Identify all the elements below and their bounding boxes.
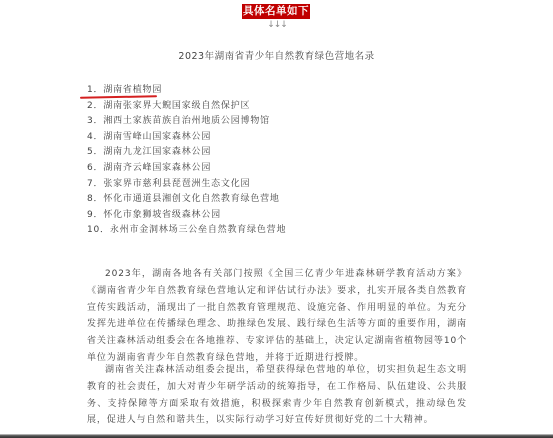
body-paragraph: 2023年，湖南各地各有关部门按照《全国三亿青少年进森林研学教育活动方案》《湖南…: [87, 266, 467, 367]
list-item: 9．怀化市象狮坡省级森林公园: [87, 208, 286, 224]
list-item: 2．湖南张家界大鲵国家级自然保护区: [87, 99, 286, 115]
down-arrows-icon: ↓↓↓: [262, 19, 292, 31]
list-item: 5．湖南九龙江国家森林公园: [87, 145, 286, 161]
body-paragraph: 湖南省关注森林活动组委会提出，希望获得绿色营地的单位，切实担负起生态文明教育的社…: [87, 362, 467, 429]
camp-list: 1．湖南省植物园 2．湖南张家界大鲵国家级自然保护区 3．湘西土家族苗族自治州地…: [87, 83, 286, 239]
document-page: 具体名单如下 ↓↓↓ 2023年湖南省青少年自然教育绿色营地名录 1．湖南省植物…: [0, 0, 553, 438]
list-item: 6．湖南齐云峰国家森林公园: [87, 161, 286, 177]
list-item: 4．湖南雪峰山国家森林公园: [87, 130, 286, 146]
bottom-edge-bar: [0, 434, 553, 438]
list-heading-banner: 具体名单如下: [242, 4, 310, 19]
list-item: 7．张家界市慈利县琵琶洲生态文化园: [87, 177, 286, 193]
list-item: 3．湘西土家族苗族自治州地质公园博物馆: [87, 114, 286, 130]
list-item: 8．怀化市通道县湘创文化自然教育绿色营地: [87, 192, 286, 208]
list-item: 10．永州市金洞林场三公垒自然教育绿色营地: [87, 223, 286, 239]
document-title: 2023年湖南省青少年自然教育绿色营地名录: [0, 48, 553, 62]
